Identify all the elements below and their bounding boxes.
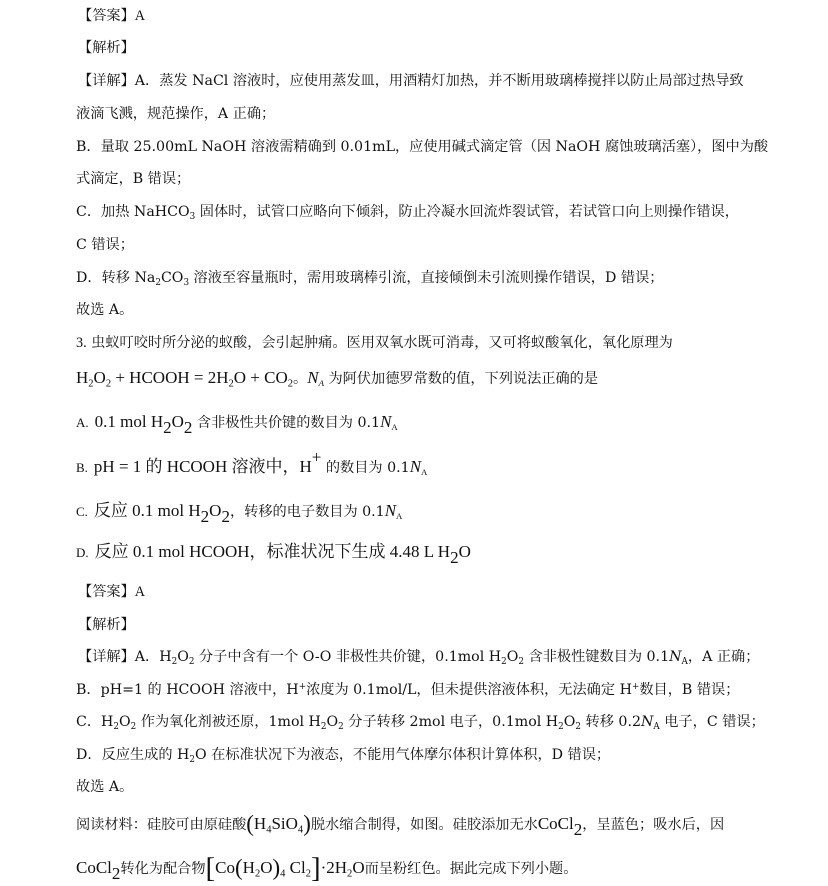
answer-label: 【答案】 (78, 584, 135, 600)
opt-text: H (299, 457, 311, 476)
detail-text: A．蒸发 NaCl 溶液时，应使用蒸发皿，用酒精灯加热，并不断用玻璃棒搅拌以防止… (135, 73, 744, 89)
eq-part: O + CO (234, 368, 288, 387)
text: 分子中含有一个 O-O 非极性共价键，0.1mol H (194, 649, 501, 665)
avogadro-symbol: N (307, 368, 318, 387)
paren-open: ( (246, 811, 254, 836)
opt-sub: 2 (450, 548, 459, 567)
text: O (507, 649, 519, 665)
text: A．H (135, 649, 172, 665)
q3-stem-line1: 3. 虫蚁叮咬时所分泌的蚁酸，会引起肿痛。医用双氧水既可消毒，又可将蚁酸氧化，氧… (76, 333, 673, 353)
punct: 。 (293, 371, 307, 387)
sub: 4 (280, 869, 285, 880)
q3-conclusion: 故选 A。 (76, 777, 133, 797)
opt-sub: 2 (221, 507, 230, 526)
text: N (641, 714, 653, 730)
q2-detail-b-line2: 式滴定，B 错误； (76, 169, 190, 189)
opt-text: pH = 1 的 HCOOH 溶液中， (94, 457, 300, 476)
q2-detail-b-line1: B．量取 25.00mL NaOH 溶液需精确到 0.01mL，应使用碱式滴定管… (76, 137, 768, 157)
text: CoCl (76, 858, 112, 877)
opt-text: 反应 0.1 mol HCOOH，标准状况下生成 4.48 L H (95, 542, 450, 561)
q3-option-d: D.反应 0.1 mol HCOOH，标准状况下生成 4.48 L H2O (76, 542, 471, 563)
opt-text: 反应 0.1 mol H (94, 501, 201, 520)
text: O (352, 858, 364, 877)
opt-text: ，转移的电子数目为 0.1 (230, 504, 385, 520)
text: SiO (271, 814, 297, 833)
text: B．pH=1 的 HCOOH 溶液中，H (76, 682, 299, 698)
q3-analysis-heading: 【解析】 (78, 615, 135, 635)
stem-text: 虫蚁叮咬时所分泌的蚁酸，会引起肿痛。医用双氧水既可消毒，又可将蚁酸氧化，氧化原理… (91, 335, 673, 351)
answer-label: 【答案】 (78, 8, 135, 24)
opt-sub: 2 (163, 418, 172, 437)
text: O (327, 714, 339, 730)
option-label: D. (76, 545, 89, 560)
text: O 在标准状况下为液态，不能用气体摩尔体积计算体积，D 错误； (195, 747, 610, 763)
q2-detail-c-line1: C．加热 NaHCO3 固体时，试管口应略向下倾斜，防止冷凝水回流炸裂试管，若试… (76, 202, 739, 222)
q3-detail-d: D．反应生成的 H2O 在标准状况下为液态，不能用气体摩尔体积计算体积，D 错误… (76, 745, 610, 765)
q2-detail-d: D．转移 Na2CO3 溶液至容量瓶时，需用玻璃棒引流，直接倾倒未引流则操作错误… (76, 268, 663, 288)
paren-close: ) (272, 855, 280, 880)
reaction-equation: H2O2 + HCOOH = 2H2O + CO2 (76, 368, 293, 387)
text: ，呈蓝色；吸水后，因 (582, 817, 724, 833)
q2-analysis-heading: 【解析】 (78, 38, 135, 58)
text: 电子，C 错误； (660, 714, 765, 730)
opt-text: 的数目为 0.1 (321, 460, 409, 476)
q3-detail-b: B．pH=1 的 HCOOH 溶液中，H+浓度为 0.1mol/L，但未提供溶液… (76, 680, 739, 700)
q3-answer: 【答案】A (78, 582, 145, 602)
text: CO (161, 270, 184, 286)
eq-part: O (94, 368, 106, 387)
text: 阅读材料：硅胶可由原硅酸 (76, 817, 246, 833)
opt-text: 0.1 mol H (95, 412, 163, 431)
detail-label: 【详解】 (78, 73, 135, 89)
text: O (177, 649, 189, 665)
text: ，A 正确； (688, 649, 760, 665)
text: 浓度为 0.1mol/L，但未提供溶液体积，无法确定 H (306, 682, 632, 698)
opt-sub: A (421, 467, 427, 477)
text: 含非极性键数目为 0.1 (524, 649, 669, 665)
text: D．反应生成的 H (76, 747, 189, 763)
opt-text: N (410, 457, 421, 476)
text: CoCl (538, 814, 574, 833)
text: D．转移 Na (76, 270, 155, 286)
eq-part: + HCOOH = 2H (111, 368, 228, 387)
q3-option-b: B.pH = 1 的 HCOOH 溶液中，H+ 的数目为 0.1NA (76, 457, 427, 478)
q2-detail-c-line2: C 错误； (76, 235, 134, 255)
text: 转移 0.2 (581, 714, 641, 730)
opt-text: O (172, 412, 184, 431)
text: 而呈粉红色。据此完成下列小题。 (365, 861, 578, 877)
text: 固体时，试管口应略向下倾斜，防止冷凝水回流炸裂试管，若试管口向上则操作错误， (195, 204, 739, 220)
text: ·2H (321, 858, 347, 877)
opt-text: O (459, 542, 471, 561)
q3-detail-c: C．H2O2 作为氧化剂被还原，1mol H2O2 分子转移 2mol 电子，0… (76, 712, 765, 732)
reading-line1: 阅读材料：硅胶可由原硅酸(H4SiO4)脱水缩合制得，如图。硅胶添加无水CoCl… (76, 814, 724, 835)
text: 脱水缩合制得，如图。硅胶添加无水 (311, 817, 538, 833)
text: C．H (76, 714, 113, 730)
bracket-open: [ (206, 852, 216, 884)
bracket-close: ] (311, 852, 321, 884)
text: C．加热 NaHCO (76, 204, 190, 220)
text: N (669, 649, 681, 665)
text: 分子转移 2mol 电子，0.1mol H (344, 714, 558, 730)
q2-detail-a-line1: 【详解】A．蒸发 NaCl 溶液时，应使用蒸发皿，用酒精灯加热，并不断用玻璃棒搅… (78, 71, 744, 91)
opt-text: O (209, 501, 221, 520)
text: O (564, 714, 576, 730)
text: Cl (290, 858, 306, 877)
text: 转化为配合物 (120, 861, 205, 877)
opt-sub: A (391, 422, 397, 432)
opt-sub: A (396, 511, 402, 521)
paren-close: ) (303, 811, 311, 836)
reading-line2: CoCl2转化为配合物[Co(H2O)4 Cl2]·2H2O而呈粉红色。据此完成… (76, 858, 577, 879)
text: Co (215, 858, 235, 877)
text: O (119, 714, 131, 730)
text: O (260, 858, 272, 877)
q3-option-c: C.反应 0.1 mol H2O2，转移的电子数目为 0.1NA (76, 501, 402, 522)
answer-value: A (135, 8, 145, 24)
q2-answer: 【答案】A (78, 6, 145, 26)
opt-text: N (380, 412, 391, 431)
opt-text: N (385, 501, 396, 520)
stem-text: 为阿伏加德罗常数的值，下列说法正确的是 (324, 371, 598, 387)
q3-stem-line2: H2O2 + HCOOH = 2H2O + CO2。NA 为阿伏加德罗常数的值，… (76, 368, 598, 389)
opt-text: 含非极性共价键的数目为 0.1 (192, 415, 380, 431)
q2-detail-a-line2: 液滴飞溅，规范操作，A 正确； (76, 104, 275, 124)
sub: 2 (574, 820, 583, 839)
option-label: A. (76, 415, 89, 430)
detail-label: 【详解】 (78, 649, 135, 665)
text: 作为氧化剂被还原，1mol H (136, 714, 321, 730)
q2-conclusion: 故选 A。 (76, 300, 133, 320)
answer-value: A (135, 584, 145, 600)
text: H (254, 814, 266, 833)
text: 数目，B 错误； (639, 682, 739, 698)
option-label: B. (76, 460, 88, 475)
eq-part: H (76, 368, 88, 387)
sup: + (299, 682, 306, 692)
question-number: 3. (76, 335, 87, 351)
text: H (243, 858, 255, 877)
q3-option-a: A.0.1 mol H2O2 含非极性共价键的数目为 0.1NA (76, 412, 398, 433)
q3-detail-a: 【详解】A．H2O2 分子中含有一个 O-O 非极性共价键，0.1mol H2O… (78, 647, 759, 667)
opt-sub: 2 (201, 507, 210, 526)
opt-sup: + (312, 448, 322, 467)
option-label: C. (76, 504, 88, 519)
text: 溶液至容量瓶时，需用玻璃棒引流，直接倾倒未引流则操作错误，D 错误； (189, 270, 663, 286)
paren-open: ( (235, 855, 243, 880)
